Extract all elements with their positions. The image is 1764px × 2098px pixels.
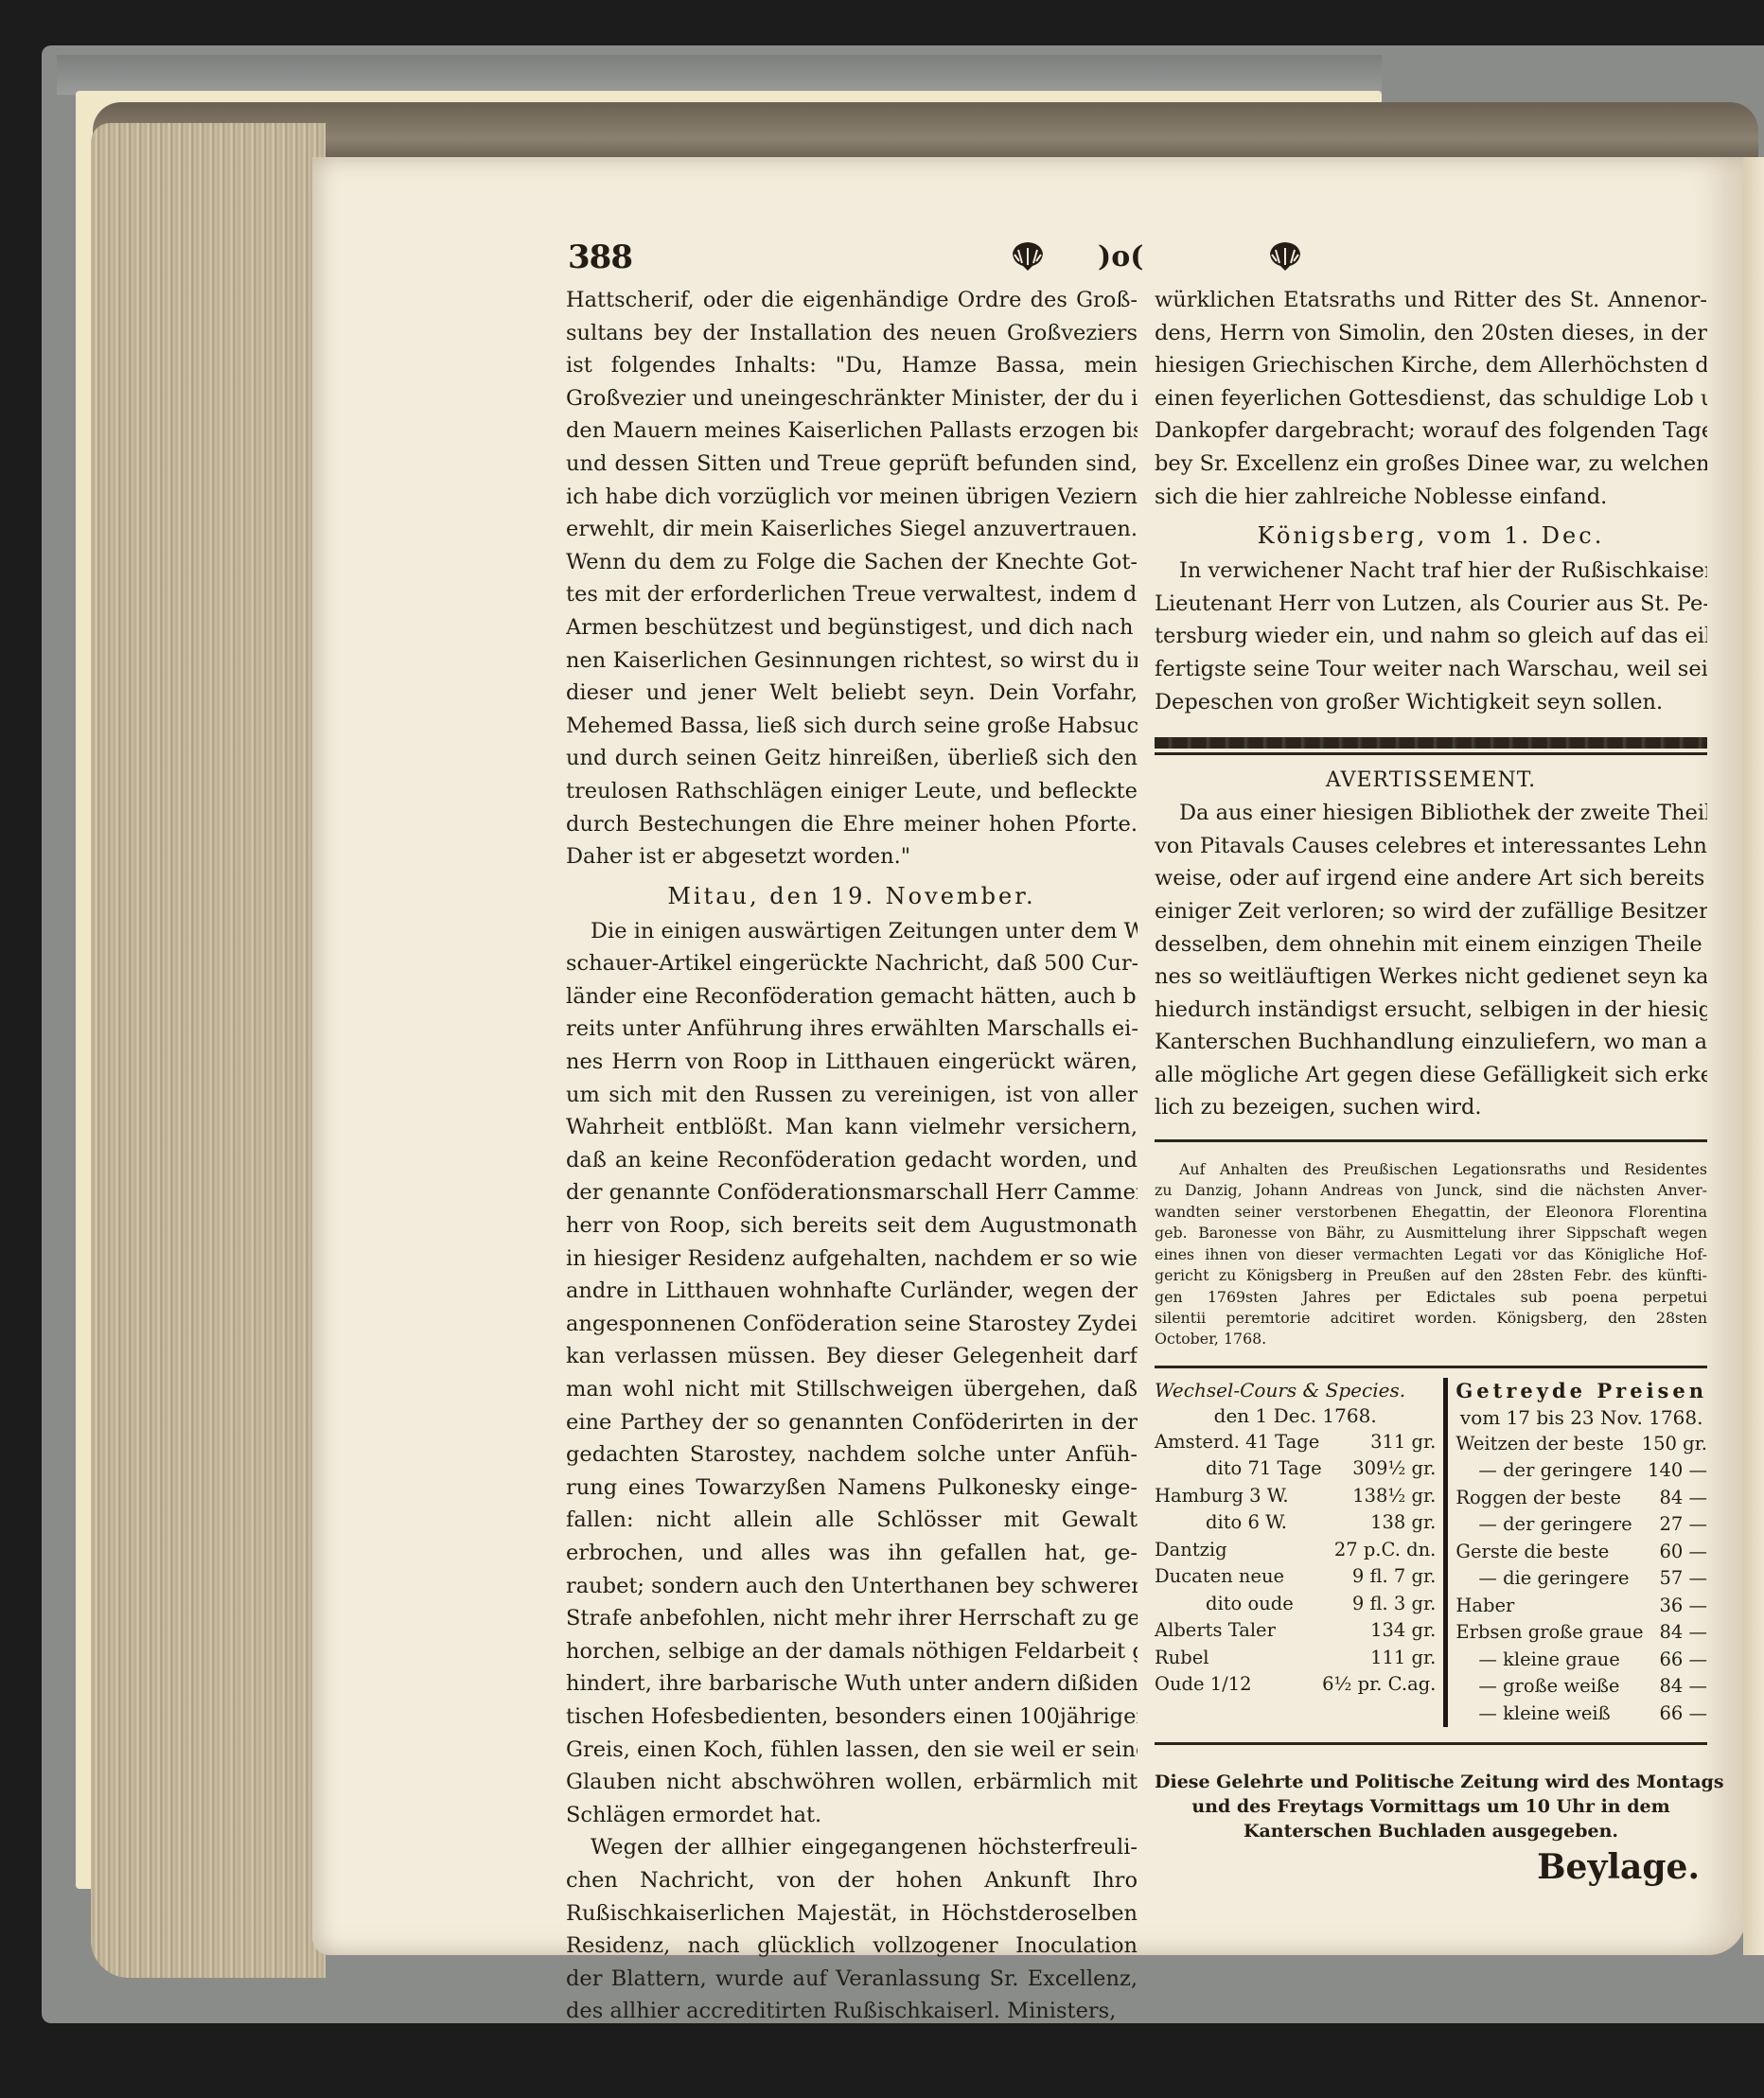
publication-note-line: Kanterschen Buchladen ausgegeben. [1155,1819,1707,1843]
text-line: erbrochen, und alles was ihn gefallen ha… [566,1537,1138,1570]
row-label: Weitzen der beste [1455,1431,1624,1458]
table-row: Rubel111 gr. [1155,1645,1436,1672]
publication-note: Diese Gelehrte und Politische Zeitung wi… [1155,1770,1707,1843]
text-line: Großvezier und uneingeschränkter Ministe… [566,382,1138,415]
table-row: Weitzen der beste150 gr. [1455,1431,1707,1458]
text-line: von Pitavals Causes celebres et interess… [1155,830,1707,863]
row-value: 66 — [1659,1701,1707,1728]
text-line: sich die hier zahlreiche Noblesse einfan… [1155,481,1707,514]
row-value: 311 gr. [1370,1429,1436,1456]
row-label: — kleine weiß [1455,1701,1610,1728]
divider-rule [1155,1742,1707,1745]
text-line: tischen Hofesbedienten, besonders einen … [566,1701,1138,1734]
text-line: Dankopfer dargebracht; worauf des folgen… [1155,414,1707,448]
text-line: reits unter Anführung ihres erwählten Ma… [566,1013,1138,1046]
book-cover-top-edge [57,55,1382,95]
row-value: 60 — [1659,1539,1707,1566]
divider-rule [1155,1366,1707,1368]
text-line: der Blattern, wurde auf Veranlassung Sr.… [566,1963,1138,1996]
text-line: Auf Anhalten des Preußischen Legationsra… [1155,1159,1707,1180]
row-value: 36 — [1659,1593,1707,1620]
table-row: dito oude9 fl. 3 gr. [1155,1591,1436,1618]
exchange-rate-table: Wechsel-Cours & Species. den 1 Dec. 1768… [1155,1378,1448,1728]
text-line: Residenz, nach glücklich vollzogener Ino… [566,1930,1138,1963]
table-row: — große weiße84 — [1455,1673,1707,1701]
text-line: Wegen der allhier eingegangenen höchster… [566,1831,1138,1864]
text-line: hiedurch inständigst ersucht, selbigen i… [1155,994,1707,1027]
text-line: hindert, ihre barbarische Wuth unter and… [566,1667,1138,1701]
text-line: tersburg wieder ein, und nahm so gleich … [1155,620,1707,653]
table-row: dito 6 W.138 gr. [1155,1509,1436,1537]
text-line: horchen, selbige an der damals nöthigen … [566,1635,1138,1668]
advertisement-heading: AVERTISSEMENT. [1155,765,1707,797]
divider-rule [1155,1139,1707,1142]
text-line: fallen: nicht allein alle Schlösser mit … [566,1504,1138,1537]
text-line: durch Bestechungen die Ehre meiner hohen… [566,808,1138,841]
table-row: — kleine weiß66 — [1455,1701,1707,1728]
text-line: October, 1768. [1155,1329,1707,1349]
text-line: nes Herrn von Roop in Litthauen eingerüc… [566,1046,1138,1079]
row-label: dito 71 Tage [1155,1455,1322,1483]
row-label: Oude 1/12 [1155,1671,1252,1699]
shell-ornament-icon [1011,240,1045,273]
grain-table-title: Getreyde Preisen [1455,1378,1707,1404]
simolin-article-continued: würklichen Etatsraths und Ritter des St.… [1155,284,1707,513]
divider-rule [1155,752,1707,755]
text-line: sultans bey der Installation des neuen G… [566,317,1138,350]
text-line: länder eine Reconföderation gemacht hätt… [566,980,1138,1014]
row-label: — kleine graue [1455,1647,1619,1674]
row-value: 150 gr. [1642,1431,1707,1458]
row-label: Gerste die beste [1455,1539,1609,1566]
row-label: — der geringere [1455,1457,1632,1485]
text-line: der genannte Conföderationsmarschall Her… [566,1176,1138,1209]
text-line: wandten seiner verstorbenen Ehegattin, d… [1155,1202,1707,1223]
row-value: 57 — [1659,1565,1707,1593]
row-label: — die geringere [1455,1565,1629,1593]
text-line: geb. Baronesse von Bähr, zu Ausmittelung… [1155,1223,1707,1243]
text-line: und durch seinen Geitz hinreißen, überli… [566,742,1138,775]
text-line: In verwichener Nacht traf hier der Rußis… [1155,555,1707,588]
text-line: Depeschen von großer Wichtigkeit seyn so… [1155,686,1707,719]
grain-table-date: vom 17 bis 23 Nov. 1768. [1455,1404,1707,1431]
text-line: Lieutenant Herr von Lutzen, als Courier … [1155,588,1707,621]
mitau-article: Die in einigen auswärtigen Zeitungen unt… [566,915,1138,1832]
text-line: würklichen Etatsraths und Ritter des St.… [1155,284,1707,317]
page-gutter [1743,157,1764,1955]
table-row: dito 71 Tage309½ gr. [1155,1455,1436,1483]
text-line: desselben, dem ohnehin mit einem einzige… [1155,928,1707,961]
text-line: dens, Herrn von Simolin, den 20sten dies… [1155,317,1707,350]
row-label: Amsterd. 41 Tage [1155,1429,1319,1456]
table-row: Ducaten neue9 fl. 7 gr. [1155,1563,1436,1591]
header-separator: )o( [1098,240,1143,273]
text-line: silentii peremtorie adcitiret worden. Kö… [1155,1308,1707,1329]
table-row: Roggen der beste84 — [1455,1485,1707,1512]
text-line: dieser und jener Welt beliebt seyn. Dein… [566,677,1138,710]
text-line: herr von Roop, sich bereits seit dem Aug… [566,1209,1138,1243]
text-line: gericht zu Königsberg in Preußen auf den… [1155,1265,1707,1286]
row-label: Alberts Taler [1155,1617,1276,1645]
row-label: Erbsen große graue [1455,1619,1643,1647]
text-line: gen 1769sten Jahres per Edictales sub po… [1155,1287,1707,1308]
text-line: des allhier accreditirten Rußischkaiserl… [566,1995,1138,2028]
text-line: eine Parthey der so genannten Conföderir… [566,1406,1138,1439]
text-line: Die in einigen auswärtigen Zeitungen unt… [566,915,1138,948]
exchange-table-date: den 1 Dec. 1768. [1155,1402,1436,1429]
row-value: 84 — [1659,1619,1707,1647]
row-value: 9 fl. 7 gr. [1352,1563,1436,1591]
text-line: Mehemed Bassa, ließ sich durch seine gro… [566,710,1138,743]
row-value: 138 gr. [1370,1509,1436,1537]
text-line: Rußischkaiserlichen Majestät, in Höchstd… [566,1897,1138,1931]
row-value: 27 — [1659,1511,1707,1539]
row-label: — der geringere [1455,1511,1632,1539]
text-line: chen Nachricht, von der hohen Ankunft Ih… [566,1864,1138,1897]
row-label: dito 6 W. [1155,1509,1287,1537]
row-value: 140 — [1648,1457,1707,1485]
grain-price-table: Getreyde Preisen vom 17 bis 23 Nov. 1768… [1448,1378,1707,1728]
text-line: Wenn du dem zu Folge die Sachen der Knec… [566,546,1138,579]
table-row: Hamburg 3 W.138½ gr. [1155,1483,1436,1510]
table-row: Alberts Taler134 gr. [1155,1617,1436,1645]
text-line: Hattscherif, oder die eigenhändige Ordre… [566,284,1138,317]
text-line: man wohl nicht mit Stillschweigen überge… [566,1373,1138,1406]
dateline-koenigsberg: Königsberg, vom 1. Dec. [1155,519,1707,553]
text-line: raubet; sondern auch den Unterthanen bey… [566,1570,1138,1603]
text-line: und dessen Sitten und Treue geprüft befu… [566,448,1138,481]
table-row: Amsterd. 41 Tage311 gr. [1155,1429,1436,1456]
table-row: — kleine graue66 — [1455,1647,1707,1674]
text-line: fertigste seine Tour weiter nach Warscha… [1155,653,1707,686]
row-label: Ducaten neue [1155,1563,1284,1591]
text-line: in hiesiger Residenz aufgehalten, nachde… [566,1243,1138,1276]
table-row: — der geringere27 — [1455,1511,1707,1539]
hattscherif-article: Hattscherif, oder die eigenhändige Ordre… [566,284,1138,873]
text-line: alle mögliche Art gegen diese Gefälligke… [1155,1059,1707,1092]
row-label: Haber [1455,1593,1514,1620]
right-column: würklichen Etatsraths und Ritter des St.… [1155,284,1707,1887]
text-line: kan verlassen müssen. Bey dieser Gelegen… [566,1340,1138,1373]
text-line: um sich mit den Russen zu vereinigen, is… [566,1079,1138,1112]
row-value: 84 — [1659,1485,1707,1512]
table-row: Oude 1/126½ pr. C.ag. [1155,1671,1436,1699]
text-line: andre in Litthauen wohnhafte Curländer, … [566,1275,1138,1308]
text-line: ich habe dich vorzüglich vor meinen übri… [566,481,1138,514]
row-value: 84 — [1659,1673,1707,1701]
row-value: 111 gr. [1370,1645,1436,1672]
row-value: 27 p.C. dn. [1334,1537,1437,1564]
text-line: weise, oder auf irgend eine andere Art s… [1155,862,1707,895]
inoculation-article: Wegen der allhier eingegangenen höchster… [566,1831,1138,2028]
text-line: Armen beschützest und begünstigest, und … [566,611,1138,644]
text-line: den Mauern meines Kaiserlichen Pallasts … [566,414,1138,448]
table-row: — der geringere140 — [1455,1457,1707,1485]
shell-ornament-icon [1268,240,1302,273]
row-value: 138½ gr. [1352,1483,1436,1510]
page-header: 388 )o( [568,238,1722,286]
table-row: Erbsen große graue84 — [1455,1619,1707,1647]
text-line: Da aus einer hiesigen Bibliothek der zwe… [1155,797,1707,830]
exchange-table-title: Wechsel-Cours & Species. [1155,1378,1436,1402]
text-line: Wahrheit entblößt. Man kann vielmehr ver… [566,1111,1138,1144]
text-line: lich zu bezeigen, suchen wird. [1155,1091,1707,1124]
text-line: ist folgendes Inhalts: "Du, Hamze Bassa,… [566,349,1138,382]
text-line: erwehlt, dir mein Kaiserliches Siegel an… [566,513,1138,546]
text-line: schauer-Artikel eingerückte Nachricht, d… [566,947,1138,980]
text-line: Strafe anbefohlen, nicht mehr ihrer Herr… [566,1602,1138,1635]
row-label: Hamburg 3 W. [1155,1483,1289,1510]
text-line: treulosen Rathschlägen einiger Leute, un… [566,775,1138,808]
page-stack-fore-edge [91,123,326,1978]
edict-notice: Auf Anhalten des Preußischen Legationsra… [1155,1159,1707,1350]
publication-note-line: und des Freytags Vormittags um 10 Uhr in… [1155,1794,1707,1819]
text-line: einiger Zeit verloren; so wird der zufäl… [1155,895,1707,928]
text-line: rung eines Towarzyßen Namens Pulkonesky … [566,1472,1138,1505]
left-column: Hattscherif, oder die eigenhändige Ordre… [566,284,1138,2028]
text-line: Schlägen ermordet hat. [566,1799,1138,1832]
catchword: Beylage. [1155,1847,1707,1887]
courier-article: In verwichener Nacht traf hier der Rußis… [1155,555,1707,718]
text-line: tes mit der erforderlichen Treue verwalt… [566,578,1138,611]
row-value: 134 gr. [1370,1617,1436,1645]
text-line: hiesigen Griechischen Kirche, dem Allerh… [1155,349,1707,382]
row-label: Roggen der beste [1455,1485,1621,1512]
table-row: — die geringere57 — [1455,1565,1707,1593]
text-line: Kanterschen Buchhandlung einzuliefern, w… [1155,1026,1707,1059]
text-line: nes so weitläuftigen Werkes nicht gedien… [1155,961,1707,994]
text-line: nen Kaiserlichen Gesinnungen richtest, s… [566,644,1138,678]
advertisement-body: Da aus einer hiesigen Bibliothek der zwe… [1155,797,1707,1124]
text-line: zu Danzig, Johann Andreas von Junck, sin… [1155,1180,1707,1201]
table-row: Gerste die beste60 — [1455,1539,1707,1566]
text-line: daß an keine Reconföderation gedacht wor… [566,1144,1138,1177]
page-number: 388 [568,238,632,276]
text-line: Greis, einen Koch, fühlen lassen, den si… [566,1734,1138,1767]
text-line: angesponnenen Conföderation seine Staros… [566,1308,1138,1341]
dateline-mitau: Mitau, den 19. November. [566,879,1138,913]
row-label: Rubel [1155,1645,1209,1672]
row-label: dito oude [1155,1591,1294,1618]
publication-note-line: Diese Gelehrte und Politische Zeitung wi… [1155,1770,1707,1794]
text-line: gedachten Starostey, nachdem solche unte… [566,1438,1138,1472]
row-value: 6½ pr. C.ag. [1322,1671,1436,1699]
text-line: Glauben nicht abschwöhren wollen, erbärm… [566,1766,1138,1799]
text-line: einen feyerlichen Gottesdienst, das schu… [1155,382,1707,415]
row-label: Dantzig [1155,1537,1227,1564]
price-tables: Wechsel-Cours & Species. den 1 Dec. 1768… [1155,1378,1707,1728]
ornamental-rule [1155,737,1707,749]
row-value: 66 — [1659,1647,1707,1674]
text-line: bey Sr. Excellenz ein großes Dinee war, … [1155,448,1707,481]
text-line: Daher ist er abgesetzt worden." [566,840,1138,873]
row-value: 9 fl. 3 gr. [1352,1591,1436,1618]
table-row: Haber36 — [1455,1593,1707,1620]
row-value: 309½ gr. [1352,1455,1436,1483]
text-line: eines ihnen von dieser vermachten Legati… [1155,1244,1707,1265]
row-label: — große weiße [1455,1673,1619,1701]
table-row: Dantzig27 p.C. dn. [1155,1537,1436,1564]
